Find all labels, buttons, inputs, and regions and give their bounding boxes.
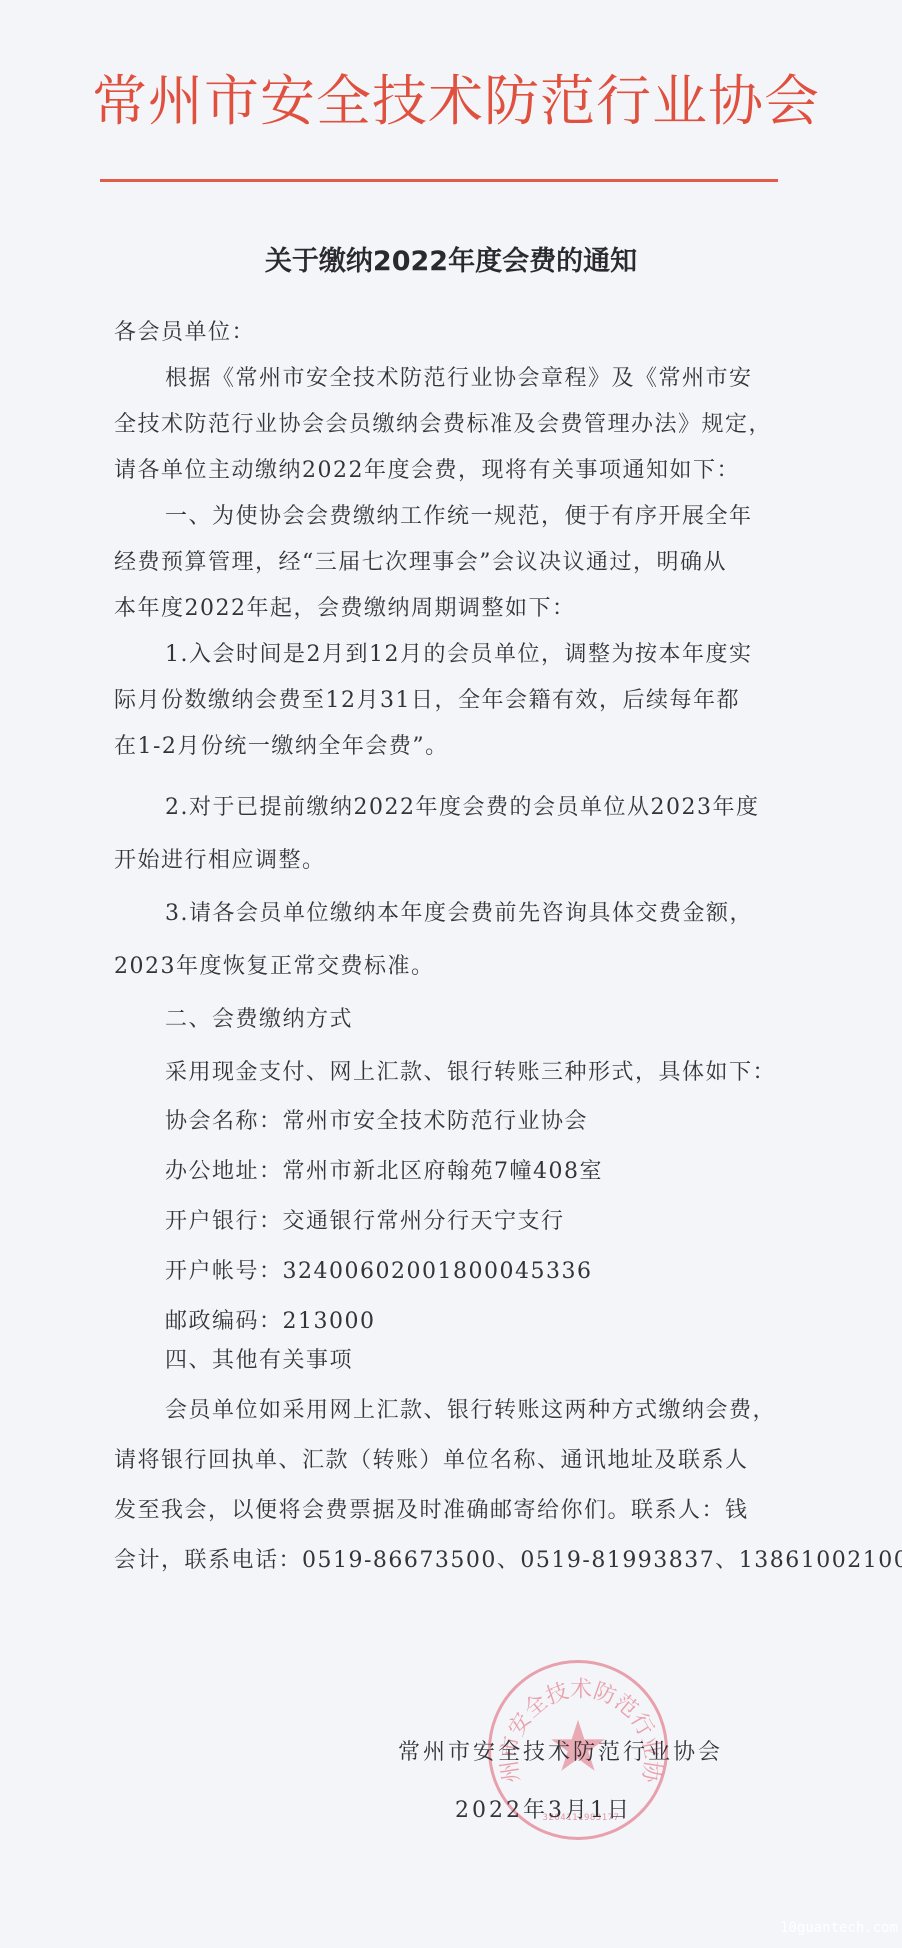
item-3-line: 3.请各会员单位缴纳本年度会费前先咨询具体交费金额， — [165, 899, 753, 929]
paragraph-line: 2023年度恢复正常交费标准。 — [114, 952, 435, 982]
section-two-heading: 二、会费缴纳方式 — [165, 1005, 353, 1035]
watermark: 10guantech.com — [780, 1920, 898, 1936]
office-address: 办公地址：常州市新北区府翰苑7幢408室 — [165, 1157, 603, 1187]
bank-name: 开户银行：交通银行常州分行天宁支行 — [165, 1207, 565, 1237]
signature-org: 常州市安全技术防范行业协会 — [398, 1735, 723, 1766]
paragraph-line: 开始进行相应调整。 — [114, 846, 326, 876]
salutation: 各会员单位： — [114, 318, 255, 348]
paragraph-line: 请各单位主动缴纳2022年度会费，现将有关事项通知如下： — [114, 456, 740, 486]
contact-phones: 会计，联系电话：0519-86673500、0519-81993837、1386… — [114, 1546, 902, 1576]
paragraph-line: 经费预算管理，经“三届七次理事会”会议决议通过，明确从 — [114, 548, 727, 578]
paragraph-line: 采用现金支付、网上汇款、银行转账三种形式，具体如下： — [165, 1058, 776, 1088]
paragraph-line: 际月份数缴纳会费至12月31日，全年会籍有效，后续每年都 — [114, 686, 740, 716]
item-2-line: 2.对于已提前缴纳2022年度会费的会员单位从2023年度 — [165, 793, 759, 823]
org-letterhead: 常州市安全技术防范行业协会 — [92, 66, 782, 136]
association-name: 协会名称：常州市安全技术防范行业协会 — [165, 1107, 588, 1137]
letterhead-divider — [100, 179, 778, 182]
paragraph-line: 发至我会，以便将会费票据及时准确邮寄给你们。联系人：钱 — [114, 1496, 749, 1526]
document-title: 关于缴纳2022年度会费的通知 — [0, 242, 902, 282]
account-number: 开户帐号：32400602001800045336 — [165, 1257, 592, 1287]
postal-code: 邮政编码：213000 — [165, 1307, 375, 1337]
paragraph-line: 会员单位如采用网上汇款、银行转账这两种方式缴纳会费， — [165, 1396, 776, 1426]
item-1-line: 1.入会时间是2月到12月的会员单位，调整为按本年度实 — [165, 640, 752, 670]
paragraph-line: 请将银行回执单、汇款（转账）单位名称、通讯地址及联系人 — [114, 1446, 749, 1476]
paragraph-line: 根据《常州市安全技术防范行业协会章程》及《常州市安 — [165, 364, 753, 394]
paragraph-line: 全技术防范行业协会会员缴纳会费标准及会费管理办法》规定， — [114, 410, 772, 440]
paragraph-line: 在1-2月份统一缴纳全年会费”。 — [114, 732, 449, 762]
section-one-line: 一、为使协会会费缴纳工作统一规范，便于有序开展全年 — [165, 502, 753, 532]
paragraph-line: 本年度2022年起，会费缴纳周期调整如下： — [114, 594, 576, 624]
section-four-heading: 四、其他有关事项 — [165, 1346, 353, 1376]
signature-date: 2022年3月1日 — [455, 1793, 632, 1824]
